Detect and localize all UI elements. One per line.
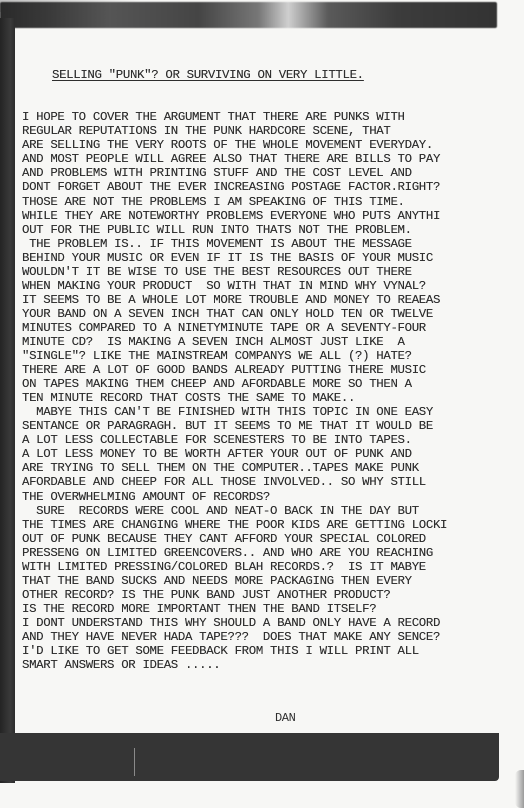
article-line: I HOPE TO COVER THE ARGUMENT THAT THERE …	[22, 110, 522, 124]
article-line: SURE RECORDS WERE COOL AND NEAT-O BACK I…	[22, 504, 522, 518]
article-line: REGULAR REPUTATIONS IN THE PUNK HARDCORE…	[22, 124, 522, 138]
article-line: AND MOST PEOPLE WILL AGREE ALSO THAT THE…	[22, 152, 522, 166]
article-line: I'D LIKE TO GET SOME FEEDBACK FROM THIS …	[22, 644, 522, 658]
article-line: SENTANCE OR PARAGRAGH. BUT IT SEEMS TO M…	[22, 419, 522, 433]
article-line: PRESSENG ON LIMITED GREENCOVERS.. AND WH…	[22, 546, 522, 560]
top-border-band	[0, 2, 497, 28]
article-line: THERE ARE A LOT OF GOOD BANDS ALREADY PU…	[22, 363, 522, 377]
article-line: "SINGLE"? LIKE THE MAINSTREAM COMPANYS W…	[22, 349, 522, 363]
article-line: THAT THE BAND SUCKS AND NEEDS MORE PACKA…	[22, 574, 522, 588]
article-line: MINUTE CD? IS MAKING A SEVEN INCH ALMOST…	[22, 335, 522, 349]
article-line: IT SEEMS TO BE A WHOLE LOT MORE TROUBLE …	[22, 293, 522, 307]
author-signature: DAN	[275, 711, 295, 725]
article-line: AND THEY HAVE NEVER HADA TAPE??? DOES TH…	[22, 630, 522, 644]
article-lines: I HOPE TO COVER THE ARGUMENT THAT THERE …	[22, 110, 522, 672]
zine-page: SELLING "PUNK"? OR SURVIVING ON VERY LIT…	[0, 0, 524, 808]
article-line: I DONT UNDERSTAND THIS WHY SHOULD A BAND…	[22, 616, 522, 630]
article-line: AFORDABLE AND CHEEP FOR ALL THOSE INVOLV…	[22, 475, 522, 489]
article-line: OUT OF PUNK BECAUSE THEY CANT AFFORD YOU…	[22, 532, 522, 546]
article-line: A LOT LESS COLLECTABLE FOR SCENESTERS TO…	[22, 433, 522, 447]
article-line: THE TIMES ARE CHANGING WHERE THE POOR KI…	[22, 518, 522, 532]
scan-scratch	[134, 748, 135, 776]
article-body: SELLING "PUNK"? OR SURVIVING ON VERY LIT…	[22, 40, 522, 700]
article-line: AND PROBLEMS WITH PRINTING STUFF AND THE…	[22, 166, 522, 180]
scan-edge-mark	[515, 770, 524, 808]
article-line: THE OVERWHELMING AMOUNT OF RECORDS?	[22, 490, 522, 504]
bottom-border-band	[0, 733, 499, 781]
article-line: OTHER RECORD? IS THE PUNK BAND JUST ANOT…	[22, 588, 522, 602]
article-line: MINUTES COMPARED TO A NINETYMINUTE TAPE …	[22, 321, 522, 335]
article-line: WOULDN'T IT BE WISE TO USE THE BEST RESO…	[22, 265, 522, 279]
article-line: TEN MINUTE RECORD THAT COSTS THE SAME TO…	[22, 391, 522, 405]
article-line: OUT FOR THE PUBLIC WILL RUN INTO THATS N…	[22, 223, 522, 237]
article-line: ARE TRYING TO SELL THEM ON THE COMPUTER.…	[22, 461, 522, 475]
article-line: THOSE ARE NOT THE PROBLEMS I AM SPEAKING…	[22, 195, 522, 209]
article-line: SMART ANSWERS OR IDEAS .....	[22, 658, 522, 672]
left-border-band	[0, 18, 15, 783]
article-line: ON TAPES MAKING THEM CHEEP AND AFORDABLE…	[22, 377, 522, 391]
article-line: A LOT LESS MONEY TO BE WORTH AFTER YOUR …	[22, 447, 522, 461]
article-line: YOUR BAND ON A SEVEN INCH THAT CAN ONLY …	[22, 307, 522, 321]
article-line: BEHIND YOUR MUSIC OR EVEN IF IT IS THE B…	[22, 251, 522, 265]
article-line: THE PROBLEM IS.. IF THIS MOVEMENT IS ABO…	[22, 237, 522, 251]
article-line: WHEN MAKING YOUR PRODUCT SO WITH THAT IN…	[22, 279, 522, 293]
article-title: SELLING "PUNK"? OR SURVIVING ON VERY LIT…	[22, 68, 522, 82]
article-line: WHILE THEY ARE NOTEWORTHY PROBLEMS EVERY…	[22, 209, 522, 223]
article-line: ARE SELLING THE VERY ROOTS OF THE WHOLE …	[22, 138, 522, 152]
article-line: IS THE RECORD MORE IMPORTANT THEN THE BA…	[22, 602, 522, 616]
article-line: DONT FORGET ABOUT THE EVER INCREASING PO…	[22, 180, 522, 194]
article-line: WITH LIMITED PRESSING/COLORED BLAH RECOR…	[22, 560, 522, 574]
article-line: MABYE THIS CAN'T BE FINISHED WITH THIS T…	[22, 405, 522, 419]
